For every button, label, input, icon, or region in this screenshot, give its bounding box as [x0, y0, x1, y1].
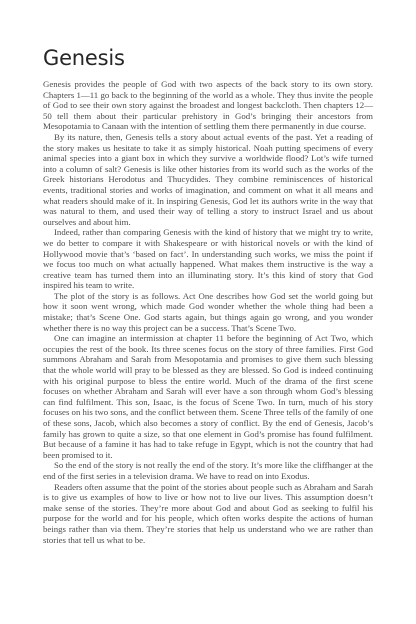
chapter-body: Genesis provides the people of God with … — [43, 79, 373, 545]
paragraph-readers-assume: Readers often assume that the point of t… — [43, 482, 373, 546]
paragraph-intro: Genesis provides the people of God with … — [43, 79, 373, 132]
paragraph-plot-act-one: The plot of the story is as follows. Act… — [43, 291, 373, 333]
chapter-title: Genesis — [43, 46, 373, 70]
book-page: Genesis Genesis provides the people of G… — [0, 0, 416, 624]
paragraph-act-two-families: One can imagine an intermission at chapt… — [43, 333, 373, 460]
paragraph-comparison-to-literature: Indeed, rather than comparing Genesis wi… — [43, 227, 373, 291]
paragraph-cliffhanger: So the end of the story is not really th… — [43, 460, 373, 481]
paragraph-nature-of-genesis: By its nature, then, Genesis tells a sto… — [43, 132, 373, 227]
